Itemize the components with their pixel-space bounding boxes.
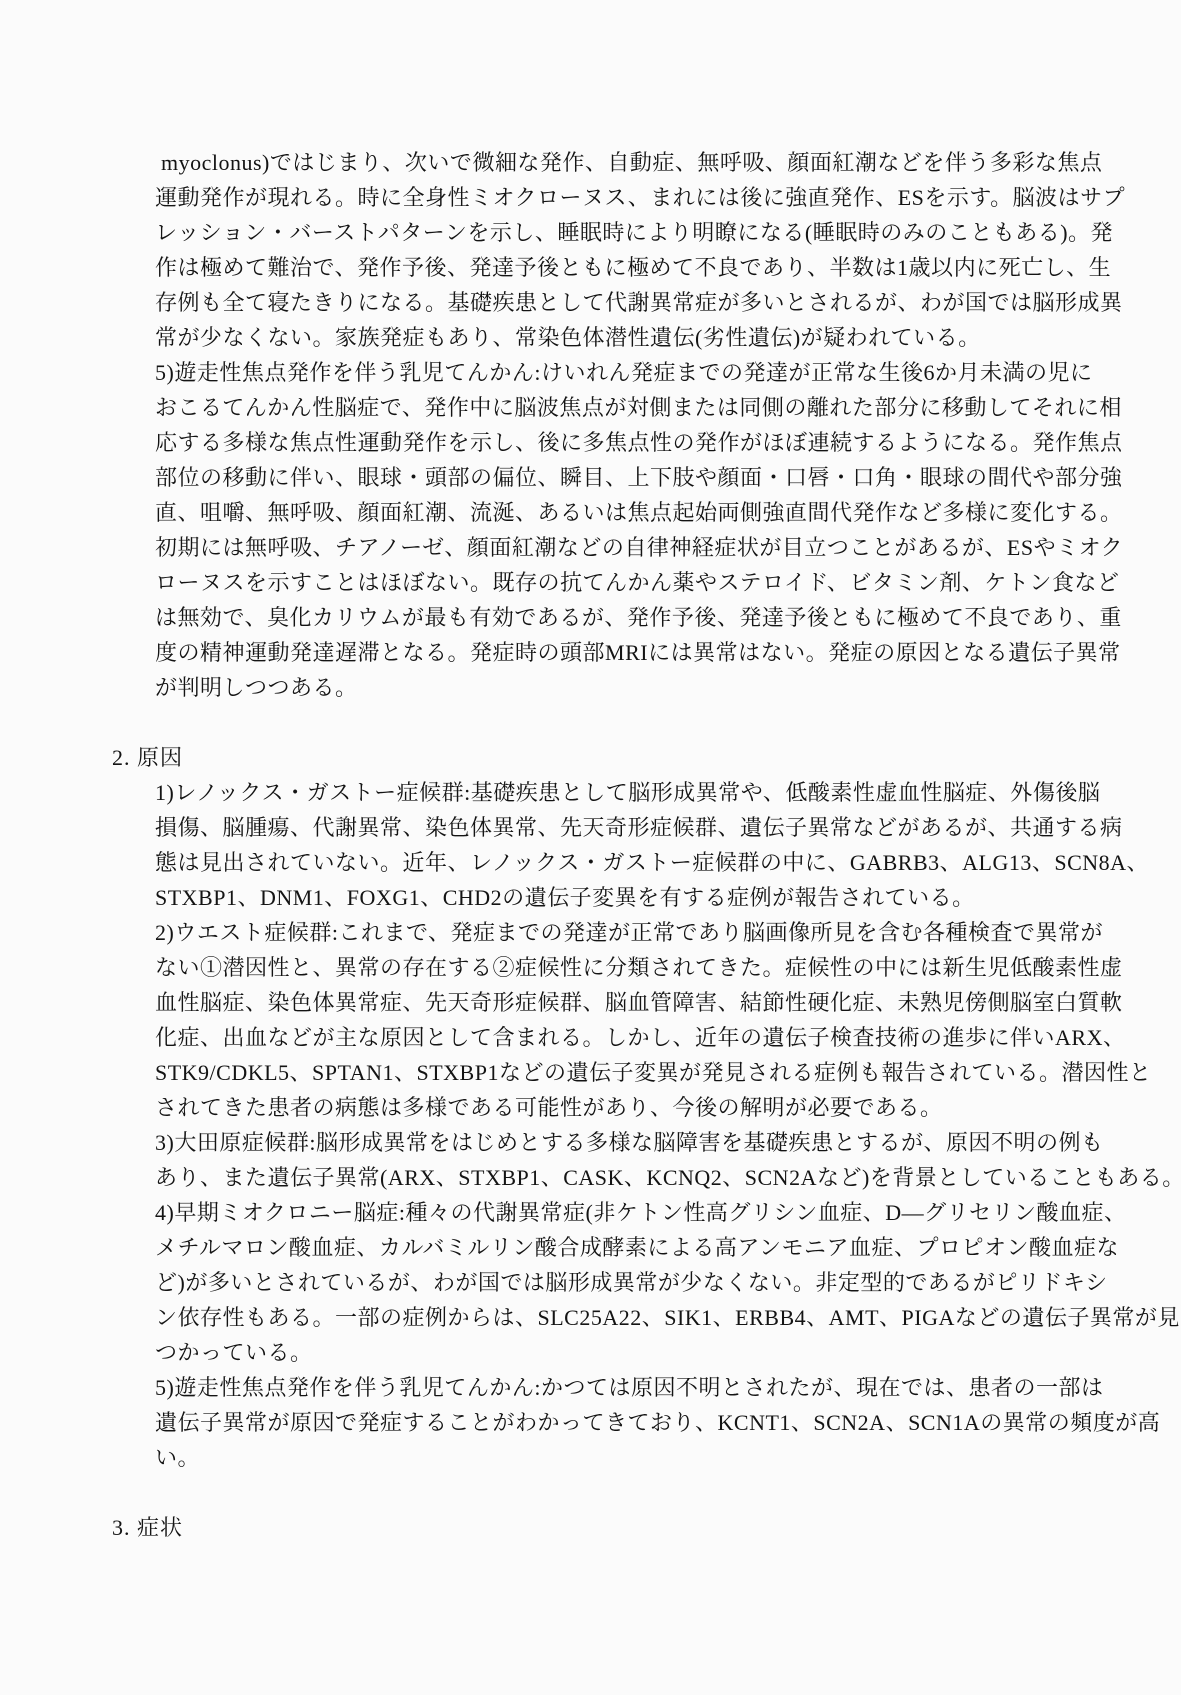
text-line: 態は見出されていない。近年、レノックス・ガストー症候群の中に、GABRB3、AL… <box>155 845 1131 880</box>
text-line: 初期には無呼吸、チアノーゼ、顔面紅潮などの自律神経症状が目立つことがあるが、ES… <box>155 530 1131 565</box>
text-line: つかっている。 <box>155 1335 1131 1370</box>
text-line: 常が少なくない。家族発症もあり、常染色体潜性遺伝(劣性遺伝)が疑われている。 <box>155 320 1131 355</box>
text-line: は無効で、臭化カリウムが最も有効であるが、発作予後、発達予後ともに極めて不良であ… <box>155 600 1131 635</box>
text-line: 血性脳症、染色体異常症、先天奇形症候群、脳血管障害、結節性硬化症、未熟児傍側脳室… <box>155 985 1131 1020</box>
text-line: myoclonus)ではじまり、次いで微細な発作、自動症、無呼吸、顔面紅潮などを… <box>155 145 1131 180</box>
text-line: 1)レノックス・ガストー症候群:基礎疾患として脳形成異常や、低酸素性虚血性脳症、… <box>155 775 1131 810</box>
section-heading: 3. 症状 <box>112 1510 1131 1545</box>
text-line: 遺伝子異常が原因で発症することがわかってきており、KCNT1、SCN2A、SCN… <box>155 1405 1131 1440</box>
text-line: 5)遊走性焦点発作を伴う乳児てんかん:かつては原因不明とされたが、現在では、患者… <box>155 1370 1131 1405</box>
text-line: 部位の移動に伴い、眼球・頭部の偏位、瞬目、上下肢や顔面・口唇・口角・眼球の間代や… <box>155 460 1131 495</box>
text-line: メチルマロン酸血症、カルバミルリン酸合成酵素による高アンモニア血症、プロピオン酸… <box>155 1230 1131 1265</box>
text-line: 3)大田原症候群:脳形成異常をはじめとする多様な脳障害を基礎疾患とするが、原因不… <box>155 1125 1131 1160</box>
text-line: 応する多様な焦点性運動発作を示し、後に多焦点性の発作がほぼ連続するようになる。発… <box>155 425 1131 460</box>
document-page: myoclonus)ではじまり、次いで微細な発作、自動症、無呼吸、顔面紅潮などを… <box>0 0 1181 1695</box>
text-line: おこるてんかん性脳症で、発作中に脳波焦点が対側または同側の離れた部分に移動してそ… <box>155 390 1131 425</box>
text-line: されてきた患者の病態は多様である可能性があり、今後の解明が必要である。 <box>155 1090 1131 1125</box>
text-line: 度の精神運動発達遅滞となる。発症時の頭部MRIには異常はない。発症の原因となる遺… <box>155 635 1131 670</box>
text-line: ど)が多いとされているが、わが国では脳形成異常が少なくない。非定型的であるがピリ… <box>155 1265 1131 1300</box>
text-line: 存例も全て寝たきりになる。基礎疾患として代謝異常症が多いとされるが、わが国では脳… <box>155 285 1131 320</box>
text-line: 作は極めて難治で、発作予後、発達予後ともに極めて不良であり、半数は1歳以内に死亡… <box>155 250 1131 285</box>
text-line: STXBP1、DNM1、FOXG1、CHD2の遺伝子変異を有する症例が報告されて… <box>155 880 1131 915</box>
section-heading: 2. 原因 <box>112 740 1131 775</box>
text-line: 2)ウエスト症候群:これまで、発症までの発達が正常であり脳画像所見を含む各種検査… <box>155 915 1131 950</box>
text-line: 運動発作が現れる。時に全身性ミオクローヌス、まれには後に強直発作、ESを示す。脳… <box>155 180 1131 215</box>
document-body: myoclonus)ではじまり、次いで微細な発作、自動症、無呼吸、顔面紅潮などを… <box>112 145 1131 1545</box>
text-line: レッション・バーストパターンを示し、睡眠時により明瞭になる(睡眠時のみのこともあ… <box>155 215 1131 250</box>
text-line: あり、また遺伝子異常(ARX、STXBP1、CASK、KCNQ2、SCN2Aなど… <box>155 1160 1131 1195</box>
text-line: が判明しつつある。 <box>155 670 1131 705</box>
text-line: 5)遊走性焦点発作を伴う乳児てんかん:けいれん発症までの発達が正常な生後6か月未… <box>155 355 1131 390</box>
text-line: 4)早期ミオクロニー脳症:種々の代謝異常症(非ケトン性高グリシン血症、D—グリセ… <box>155 1195 1131 1230</box>
text-line: STK9/CDKL5、SPTAN1、STXBP1などの遺伝子変異が発見される症例… <box>155 1055 1131 1090</box>
text-line: 化症、出血などが主な原因として含まれる。しかし、近年の遺伝子検査技術の進歩に伴い… <box>155 1020 1131 1055</box>
text-line: い。 <box>155 1440 1131 1475</box>
section-gap <box>112 1475 1131 1510</box>
text-line: 直、咀嚼、無呼吸、顔面紅潮、流涎、あるいは焦点起始両側強直間代発作など多様に変化… <box>155 495 1131 530</box>
text-line: ない①潜因性と、異常の存在する②症候性に分類されてきた。症候性の中には新生児低酸… <box>155 950 1131 985</box>
text-line: ローヌスを示すことはほぼない。既存の抗てんかん薬やステロイド、ビタミン剤、ケトン… <box>155 565 1131 600</box>
text-line: ン依存性もある。一部の症例からは、SLC25A22、SIK1、ERBB4、AMT… <box>155 1300 1131 1335</box>
text-line: 損傷、脳腫瘍、代謝異常、染色体異常、先天奇形症候群、遺伝子異常などがあるが、共通… <box>155 810 1131 845</box>
section-gap <box>112 705 1131 740</box>
